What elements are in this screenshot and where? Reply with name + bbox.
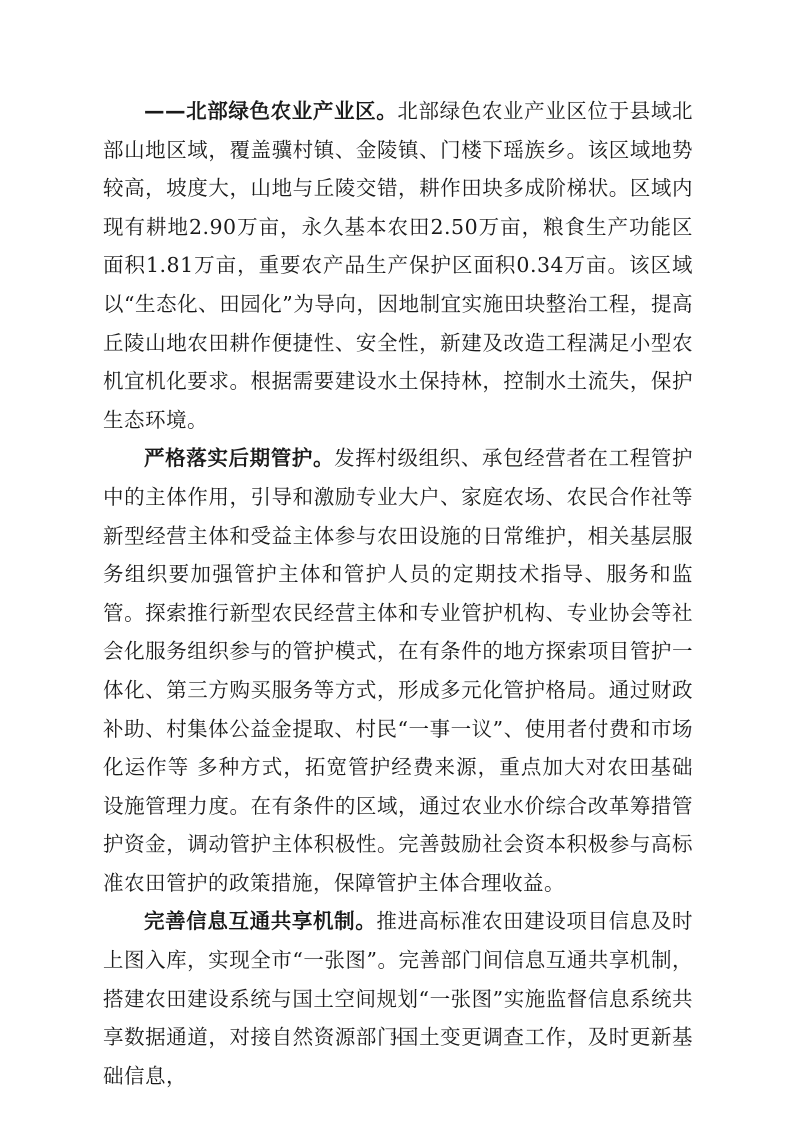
- paragraph-body: 发挥村级组织、承包经营者在工程管护中的主体作用，引导和激励专业大户、家庭农场、农…: [103, 446, 693, 895]
- paragraph-body: 北部绿色农业产业区位于县域北部山地区域，覆盖骥村镇、金陵镇、门楼下瑶族乡。该区域…: [103, 99, 693, 432]
- paragraph-post-construction-maintenance: 严格落实后期管护。发挥村级组织、承包经营者在工程管护中的主体作用，引导和激励专业…: [103, 439, 693, 902]
- page-number: 54: [0, 1029, 793, 1044]
- paragraph-information-sharing-mechanism: 完善信息互通共享机制。推进高标准农田建设项目信息及时上图入库，实现全市“一张图”…: [103, 902, 693, 1095]
- paragraph-body: 推进高标准农田建设项目信息及时上图入库，实现全市“一张图”。完善部门间信息互通共…: [103, 909, 693, 1087]
- document-page: ——北部绿色农业产业区。北部绿色农业产业区位于县域北部山地区域，覆盖骥村镇、金陵…: [103, 92, 693, 1095]
- paragraph-lead-heading: 完善信息互通共享机制。: [144, 909, 376, 933]
- paragraph-northern-green-agriculture-zone: ——北部绿色农业产业区。北部绿色农业产业区位于县域北部山地区域，覆盖骥村镇、金陵…: [103, 92, 693, 439]
- paragraph-lead-heading: ——北部绿色农业产业区。: [144, 99, 397, 123]
- paragraph-lead-heading: 严格落实后期管护。: [144, 446, 334, 470]
